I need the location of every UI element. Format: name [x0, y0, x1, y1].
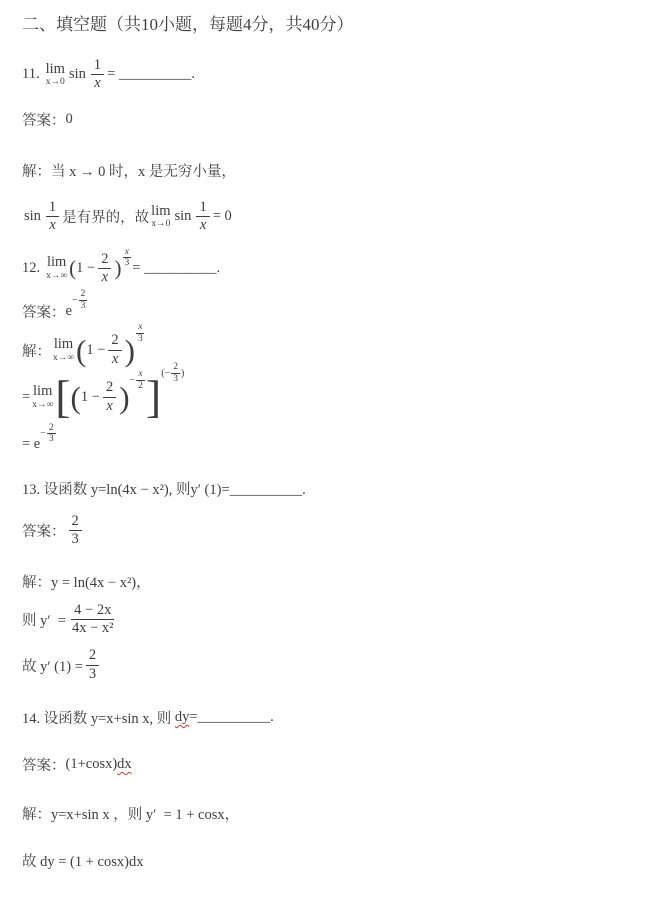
small-fraction: x3: [136, 322, 145, 344]
exponent: −23: [72, 289, 88, 311]
fraction: 2x: [103, 379, 116, 415]
function-name: sin: [24, 208, 41, 225]
right-bracket: ]: [146, 374, 161, 420]
solution-text: y=x+sin x ，则 y′ = 1 + cosx，: [51, 803, 239, 824]
misspell-dx: dx: [117, 756, 132, 773]
fraction: 1x: [91, 57, 104, 93]
right-paren: ): [114, 258, 121, 279]
fraction: 1x: [196, 199, 209, 235]
right-paren: ): [125, 335, 135, 366]
q12-solution-line-3: = e −23: [22, 434, 650, 456]
lim-word: lim: [46, 62, 65, 77]
solution-label: 解：: [22, 803, 51, 824]
lim-subscript: x→∞: [46, 272, 67, 282]
solution-text: y = ln(4x − x²)，: [51, 571, 151, 592]
fraction: 23: [69, 513, 82, 549]
fraction-denominator: x: [99, 269, 111, 286]
fraction-numerator: 1: [46, 199, 59, 217]
small-fraction: x3: [122, 247, 131, 269]
lim-subscript: x→0: [46, 78, 65, 88]
answer-label: 答案：: [22, 109, 66, 130]
solution-text: 故 dy = (1 + cosx)dx: [22, 850, 143, 871]
fraction-numerator: 2: [79, 289, 88, 300]
fraction-numerator: x: [123, 247, 131, 258]
minus-sign: −: [165, 368, 171, 379]
left-bracket: [: [55, 374, 70, 420]
math-text: 则 y′ =: [22, 609, 66, 630]
solution-text: 当 x → 0 时，x 是无穷小量，: [51, 160, 236, 181]
solution-label: 解：: [22, 340, 51, 361]
q14-solution-line-2: 故 dy = (1 + cosx)dx: [22, 850, 650, 871]
q13-question-line: 13. 设函数 y=ln(4x − x²), 则y′ (1)=_________…: [22, 478, 650, 499]
left-paren: (: [76, 335, 86, 366]
fraction-denominator: x: [103, 398, 115, 415]
small-fraction: 23: [171, 362, 180, 384]
fraction-denominator: 2: [136, 381, 145, 391]
lim-word: lim: [47, 255, 66, 270]
fraction-denominator: 3: [47, 434, 56, 444]
lim-subscript: x→∞: [53, 354, 74, 364]
q13-solution-line-3: 故 y′ (1) = 23: [22, 647, 650, 683]
function-name: sin: [69, 66, 86, 83]
fraction-denominator: 3: [79, 301, 88, 311]
limit-block: limx→0: [46, 62, 65, 88]
exponent: −23: [40, 423, 56, 445]
lim-subscript: x→∞: [32, 401, 53, 411]
document: 二、填空题（共10小题，每题4分，共40分） 11. limx→0 sin 1x…: [0, 0, 660, 871]
q12-answer-line: 答案： e −23: [22, 300, 650, 322]
q14-solution-line-1: 解： y=x+sin x ，则 y′ = 1 + cosx，: [22, 803, 650, 824]
question-text: 13. 设函数 y=ln(4x − x²), 则y′ (1)=_________…: [22, 478, 306, 499]
fraction: 23: [86, 647, 99, 683]
fraction-denominator: 3: [69, 531, 82, 548]
limit-block: limx→∞: [46, 255, 67, 281]
math-text: 1 −: [81, 389, 100, 406]
fraction-numerator: 2: [69, 513, 82, 531]
solution-label: 解：: [22, 160, 51, 181]
answer-value: 0: [66, 111, 73, 128]
fraction: 1x: [46, 199, 59, 235]
equals-base: = e: [22, 436, 40, 453]
fraction-denominator: 3: [86, 666, 99, 683]
fraction-numerator: 1: [196, 199, 209, 217]
solution-text: 是有界的，故: [62, 206, 149, 227]
q11-question-line: 11. limx→0 sin 1x = __________.: [22, 57, 650, 93]
fraction: 2x: [98, 251, 111, 287]
lim-subscript: x→0: [151, 220, 170, 230]
minus-sign: −: [130, 375, 136, 386]
small-fraction: 23: [47, 423, 56, 445]
fraction-denominator: 3: [171, 374, 180, 384]
fraction: 2x: [108, 332, 121, 368]
question-number: 11.: [22, 66, 40, 83]
q13-solution-line-2: 则 y′ = 4 − 2x4x − x²: [22, 602, 650, 638]
equals-value: = 0: [213, 208, 232, 225]
q13-answer-line: 答案： 23: [22, 513, 650, 549]
function-name: sin: [175, 208, 192, 225]
fraction-denominator: 3: [136, 334, 145, 344]
small-fraction: x2: [136, 369, 145, 391]
fraction-numerator: 2: [86, 647, 99, 665]
equals-blank: =__________.: [189, 709, 273, 726]
answer-label: 答案：: [22, 754, 66, 775]
answer-value: (1+cosx): [66, 756, 118, 773]
misspell-dy: dy: [175, 709, 190, 726]
answer-label: 答案：: [22, 301, 66, 322]
q13-solution-line-1: 解： y = ln(4x − x²)，: [22, 571, 650, 592]
q14-question-line: 14. 设函数 y=x+sin x, 则 dy=__________.: [22, 707, 650, 728]
limit-block: limx→0: [151, 204, 170, 230]
fraction-numerator: 2: [171, 362, 180, 373]
exponent: x3: [135, 322, 146, 344]
question-text: 14. 设函数 y=x+sin x, 则: [22, 707, 175, 728]
fraction-numerator: 2: [47, 423, 56, 434]
q11-answer-line: 答案： 0: [22, 109, 650, 130]
fraction-numerator: 4 − 2x: [71, 602, 114, 620]
lim-word: lim: [33, 384, 52, 399]
fraction-denominator: 3: [122, 258, 131, 268]
lim-word: lim: [151, 204, 170, 219]
equals-blank: = __________.: [107, 66, 195, 83]
limit-block: limx→∞: [53, 337, 74, 363]
fraction-denominator: 4x − x²: [69, 620, 117, 637]
equals-blank: = __________.: [132, 260, 220, 277]
left-paren: (: [71, 382, 81, 413]
right-paren: ): [119, 382, 129, 413]
section-heading: 二、填空题（共10小题，每题4分，共40分）: [22, 10, 650, 35]
q12-solution-line-1: 解： limx→∞ ( 1 − 2x ) x3: [22, 332, 650, 368]
left-paren: (: [69, 258, 76, 279]
solution-label: 解：: [22, 571, 51, 592]
limit-block: limx→∞: [32, 384, 53, 410]
fraction-denominator: x: [197, 217, 209, 234]
fraction-numerator: x: [136, 369, 144, 380]
exponent: −x2: [130, 369, 146, 391]
lim-word: lim: [54, 337, 73, 352]
exponent: x3: [121, 247, 132, 269]
fraction-denominator: x: [46, 217, 58, 234]
q12-question-line: 12. limx→∞ ( 1 − 2x ) x3 = __________.: [22, 251, 650, 287]
small-fraction: 23: [79, 289, 88, 311]
answer-label: 答案：: [22, 520, 66, 541]
outer-exponent: (−23): [161, 362, 184, 384]
fraction-numerator: 2: [108, 332, 121, 350]
math-text: 故 y′ (1) =: [22, 655, 83, 676]
fraction-numerator: 2: [103, 379, 116, 397]
math-text: 1 −: [86, 342, 105, 359]
q14-answer-line: 答案： (1+cosx)dx: [22, 754, 650, 775]
q12-solution-line-2: = limx→∞ [ ( 1 − 2x ) −x2 ] (−23): [22, 374, 650, 420]
q11-solution-line-1: 解： 当 x → 0 时，x 是无穷小量，: [22, 160, 650, 181]
right-paren: ): [181, 368, 184, 379]
minus-sign: −: [72, 295, 78, 306]
fraction: 4 − 2x4x − x²: [69, 602, 117, 638]
math-text: 1 −: [76, 260, 95, 277]
equals-sign: =: [22, 389, 30, 406]
fraction-numerator: 2: [98, 251, 111, 269]
question-number: 12.: [22, 260, 40, 277]
fraction-denominator: x: [91, 75, 103, 92]
q11-solution-line-2: sin 1x 是有界的，故 limx→0 sin 1x = 0: [22, 199, 650, 235]
fraction-numerator: x: [136, 322, 144, 333]
fraction-denominator: x: [109, 351, 121, 368]
minus-sign: −: [40, 428, 46, 439]
fraction-numerator: 1: [91, 57, 104, 75]
